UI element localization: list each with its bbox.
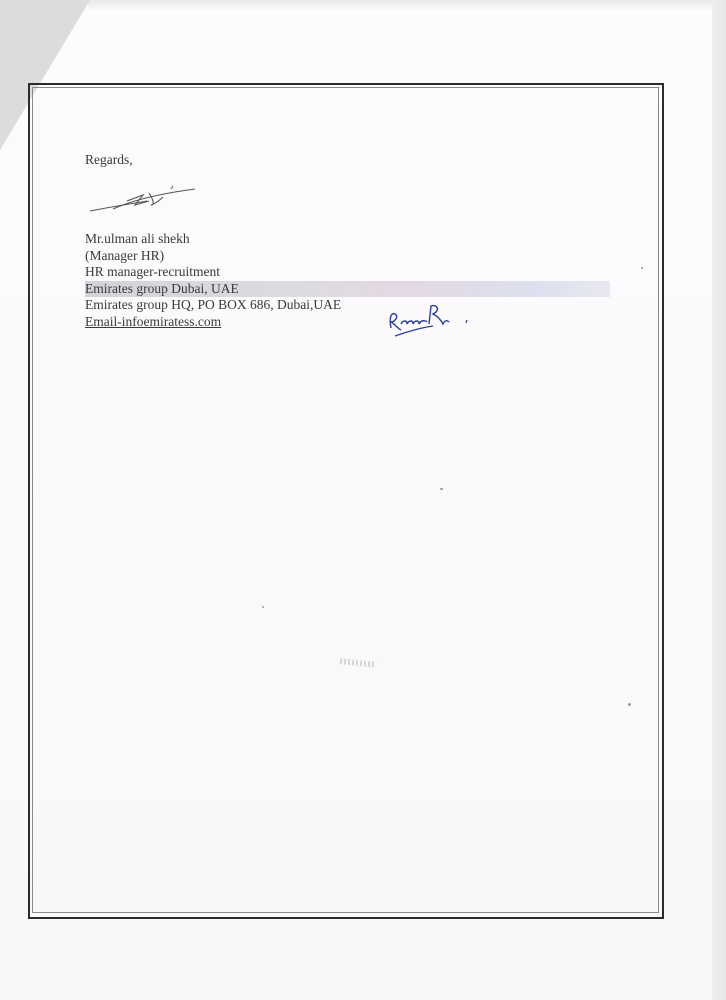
scan-speck (440, 488, 443, 490)
sender-role: HR manager-recruitment (85, 264, 610, 281)
sender-email: Email-infoemiratess.com (85, 314, 610, 331)
closing-text: Regards, (85, 152, 610, 169)
sender-organization: Emirates group Dubai, UAE (85, 281, 610, 298)
scan-speck (262, 606, 264, 608)
letter-closing-block: Regards, Mr.ulman ali shekh (Manager HR)… (85, 152, 610, 330)
initials-icon (385, 300, 475, 340)
page-top-shadow (88, 0, 712, 10)
scan-speck (628, 703, 631, 706)
sender-title: (Manager HR) (85, 248, 610, 265)
sender-address: Emirates group HQ, PO BOX 686, Dubai,UAE (85, 297, 610, 314)
page-edge (712, 0, 726, 1000)
signature-icon (85, 185, 205, 215)
scan-speck (641, 267, 643, 269)
sender-name: Mr.ulman ali shekh (85, 231, 610, 248)
